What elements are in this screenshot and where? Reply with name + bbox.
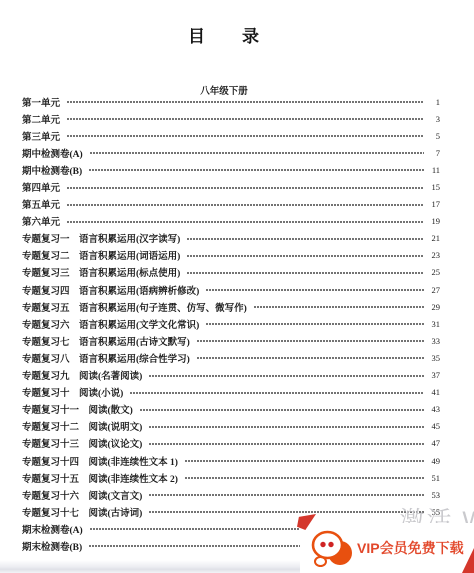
- toc-entry-label: 专题复习六 语言积累运用(文学文化常识): [22, 317, 199, 331]
- toc-leader-dots: [187, 254, 424, 257]
- toc-entry-page-number: 1: [428, 97, 440, 107]
- toc-entry: 第六单元19: [22, 213, 440, 230]
- toc-entry: 专题复习三 语言积累运用(标点使用)25: [22, 264, 440, 281]
- toc-entry: 第二单元3: [22, 110, 440, 127]
- toc-entry: 专题复习十二 阅读(说明文)45: [22, 418, 440, 435]
- toc-entry-label: 专题复习三 语言积累运用(标点使用): [22, 265, 180, 279]
- toc-entry-page-number: 31: [428, 319, 440, 329]
- toc-entry: 第四单元15: [22, 178, 440, 195]
- toc-entry-page-number: 5: [428, 131, 440, 141]
- toc-entry-page-number: 35: [428, 353, 440, 363]
- toc-leader-dots: [67, 118, 424, 121]
- toc-entry-page-number: 25: [428, 267, 440, 277]
- toc-entry-label: 专题复习十七 阅读(古诗词): [22, 505, 142, 519]
- toc-entry-page-number: 19: [428, 216, 440, 226]
- vip-download-banner[interactable]: VIP会员免费下载: [300, 523, 474, 573]
- toc-entry-page-number: 3: [428, 114, 440, 124]
- toc-entry-label: 期末检测卷(B): [22, 539, 82, 553]
- toc-entry: 第五单元17: [22, 196, 440, 213]
- toc-entry-label: 第一单元: [22, 95, 60, 109]
- toc-entry-label: 专题复习十三 阅读(议论文): [22, 436, 142, 450]
- toc-entry: 专题复习十五 阅读(非连续性文本 2)51: [22, 469, 440, 486]
- toc-entry: 专题复习八 语言积累运用(综合性学习)35: [22, 349, 440, 366]
- toc-leader-dots: [67, 186, 424, 189]
- toc-entry: 专题复习九 阅读(名著阅读)37: [22, 367, 440, 384]
- toc-entry-page-number: 45: [428, 421, 440, 431]
- page-title: 目 录: [0, 22, 448, 47]
- toc-leader-dots: [206, 323, 424, 326]
- toc-entry: 期中检测卷(A)7: [22, 144, 440, 161]
- toc-entry-page-number: 29: [428, 302, 440, 312]
- toc-entry-label: 第四单元: [22, 180, 60, 194]
- toc-entry-label: 专题复习十 阅读(小说): [22, 385, 123, 399]
- toc-entry-label: 专题复习十一 阅读(散文): [22, 402, 133, 416]
- toc-leader-dots: [149, 442, 424, 445]
- toc-entry-page-number: 15: [428, 182, 440, 192]
- toc-entry-page-number: 53: [428, 490, 440, 500]
- toc-entry: 专题复习十 阅读(小说)41: [22, 384, 440, 401]
- toc-entry-label: 专题复习二 语言积累运用(词语运用): [22, 248, 180, 262]
- vip-download-label[interactable]: VIP会员免费下载: [357, 538, 464, 558]
- toc-leader-dots: [90, 152, 424, 155]
- toc-entry-label: 专题复习五 语言积累运用(句子连贯、仿写、微写作): [22, 300, 247, 314]
- toc-entry-label: 期中检测卷(A): [22, 146, 83, 160]
- toc-leader-dots: [130, 391, 424, 394]
- toc-document-page: 目 录 八年级下册 第一单元1第二单元3第三单元5期中检测卷(A)7期中检测卷(…: [0, 0, 474, 573]
- toc-entry-label: 专题复习四 语言积累运用(语病辨析修改): [22, 283, 199, 297]
- toc-leader-dots: [149, 374, 424, 377]
- toc-leader-dots: [187, 271, 424, 274]
- toc-leader-dots: [67, 135, 424, 138]
- toc-entry-page-number: 17: [428, 199, 440, 209]
- toc-leader-dots: [67, 220, 424, 223]
- toc-entry-label: 专题复习十五 阅读(非连续性文本 2): [22, 471, 178, 485]
- toc-leader-dots: [197, 340, 424, 343]
- toc-entry-label: 专题复习七 语言积累运用(古诗文默写): [22, 334, 190, 348]
- chat-mascot-icon: [310, 526, 354, 569]
- toc-leader-dots: [197, 357, 424, 360]
- toc-entry-label: 第三单元: [22, 129, 60, 143]
- toc-entry-page-number: 27: [428, 285, 440, 295]
- toc-entry-label: 第六单元: [22, 214, 60, 228]
- toc-entry-page-number: 47: [428, 438, 440, 448]
- toc-list: 第一单元1第二单元3第三单元5期中检测卷(A)7期中检测卷(B)11第四单元15…: [22, 93, 440, 555]
- toc-entry-page-number: 11: [428, 165, 440, 175]
- toc-leader-dots: [206, 289, 424, 292]
- toc-entry-page-number: 51: [428, 473, 440, 483]
- toc-leader-dots: [149, 511, 424, 514]
- toc-entry: 专题复习十七 阅读(古诗词)55: [22, 503, 440, 520]
- toc-leader-dots: [254, 306, 424, 309]
- toc-entry-page-number: 37: [428, 370, 440, 380]
- toc-leader-dots: [67, 101, 424, 104]
- toc-entry-label: 专题复习八 语言积累运用(综合性学习): [22, 351, 190, 365]
- toc-entry: 专题复习十三 阅读(议论文)47: [22, 435, 440, 452]
- toc-entry-label: 专题复习十六 阅读(文言文): [22, 488, 142, 502]
- toc-entry: 第三单元5: [22, 127, 440, 144]
- toc-entry-page-number: 33: [428, 336, 440, 346]
- toc-entry-page-number: 23: [428, 250, 440, 260]
- toc-entry: 专题复习六 语言积累运用(文学文化常识)31: [22, 315, 440, 332]
- toc-entry: 专题复习二 语言积累运用(词语运用)23: [22, 247, 440, 264]
- toc-entry-label: 专题复习一 语言积累运用(汉字读写): [22, 231, 180, 245]
- toc-entry: 专题复习五 语言积累运用(句子连贯、仿写、微写作)29: [22, 298, 440, 315]
- toc-entry: 第一单元1: [22, 93, 440, 110]
- toc-entry-label: 专题复习九 阅读(名著阅读): [22, 368, 142, 382]
- toc-leader-dots: [185, 477, 424, 480]
- toc-leader-dots: [185, 460, 424, 463]
- toc-entry-label: 第二单元: [22, 112, 60, 126]
- toc-entry-label: 专题复习十二 阅读(说明文): [22, 419, 142, 433]
- toc-entry: 专题复习十一 阅读(散文)43: [22, 401, 440, 418]
- toc-leader-dots: [89, 169, 424, 172]
- toc-entry: 专题复习十四 阅读(非连续性文本 1)49: [22, 452, 440, 469]
- page-header: 目 录 八年级下册: [0, 0, 474, 97]
- toc-entry: 专题复习一 语言积累运用(汉字读写)21: [22, 230, 440, 247]
- toc-leader-dots: [140, 408, 424, 411]
- toc-leader-dots: [149, 425, 424, 428]
- toc-entry-page-number: 21: [428, 233, 440, 243]
- toc-entry-label: 期中检测卷(B): [22, 163, 82, 177]
- toc-entry-label: 期末检测卷(A): [22, 522, 83, 536]
- toc-entry-page-number: 43: [428, 404, 440, 414]
- toc-entry: 专题复习十六 阅读(文言文)53: [22, 486, 440, 503]
- toc-leader-dots: [187, 237, 424, 240]
- toc-entry-page-number: 41: [428, 387, 440, 397]
- toc-leader-dots: [67, 203, 424, 206]
- toc-entry-page-number: 7: [428, 148, 440, 158]
- toc-entry: 专题复习四 语言积累运用(语病辨析修改)27: [22, 281, 440, 298]
- toc-entry-label: 专题复习十四 阅读(非连续性文本 1): [22, 454, 178, 468]
- toc-entry: 专题复习七 语言积累运用(古诗文默写)33: [22, 332, 440, 349]
- toc-entry-page-number: 49: [428, 456, 440, 466]
- toc-leader-dots: [149, 494, 424, 497]
- toc-entry: 期中检测卷(B)11: [22, 161, 440, 178]
- toc-entry-label: 第五单元: [22, 197, 60, 211]
